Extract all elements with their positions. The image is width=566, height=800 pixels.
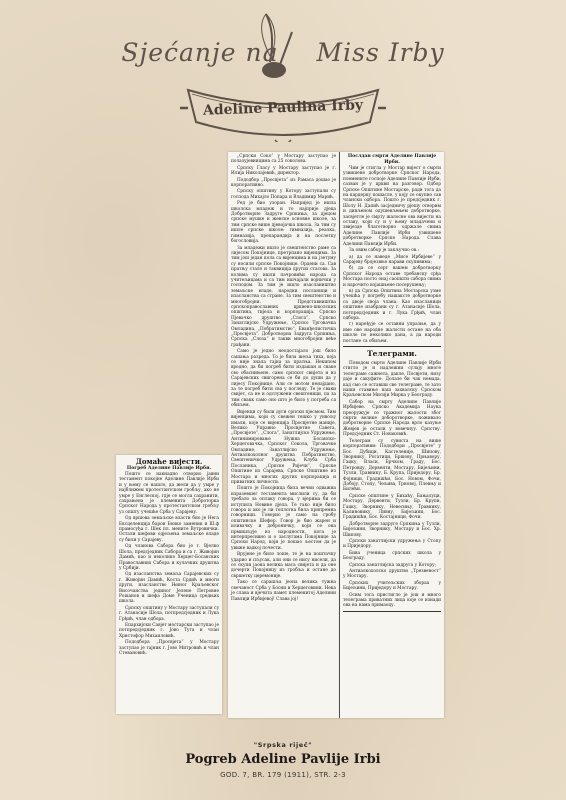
paragraph: Поводом смрти Аделине Павлије Ирби стигл… — [343, 361, 441, 399]
telegrams-heading: Телеграми. — [343, 349, 441, 359]
paragraph: Добротворне задруге Српкиња у Тузли, Биј… — [343, 522, 441, 538]
caption-reference: GOD. 7, BR. 179 (1911), STR. 2-3 — [0, 771, 566, 779]
divider — [343, 346, 441, 347]
paragraph: „Српски Соко“ у Мостару заступао је пола… — [231, 154, 336, 165]
paragraph: в) да Српска Општина Мостарска узме учеш… — [343, 289, 441, 321]
paragraph: Од изасланства земаља Сарајевских су г. … — [119, 572, 219, 604]
paragraph: За овим сабор је закључио ов.: — [343, 248, 441, 253]
paragraph: Српску општину у Мостару заступали су г.… — [119, 606, 219, 622]
paragraph: Од чланова Сабора био је г. Вјелко Шола,… — [119, 544, 219, 571]
paragraph: Бива ученица српских школа у Београду. — [343, 551, 441, 562]
paragraph: Српске општине у Бихаћу, Бањалуци, Моста… — [343, 494, 441, 521]
divider — [343, 611, 441, 612]
paragraph: Сабор на смрту Аделине Павлије Ирбијеве.… — [343, 400, 441, 438]
paragraph: Српских учитељских збораа у Бијељини, Пр… — [343, 581, 441, 592]
paragraph: Српску Гласу у Мостару заступао је г. Ил… — [231, 166, 336, 177]
paragraph: Антиалкохолско друштво „Трезвеност“ у Мо… — [343, 569, 441, 580]
paragraph: Српску општину у Котору заступали су гос… — [231, 189, 336, 200]
paragraph: Пододбор „Просвјета“ из Рамаса дошао је … — [231, 178, 336, 189]
paragraph: Српска занатлијска задруга у Котору; — [343, 563, 441, 568]
paragraph: За младежи ишло је свештенство раме са л… — [231, 246, 336, 349]
paragraph: б) да се серт вашем добротворку Српског … — [343, 266, 441, 288]
memorial-header-emblem: Sjećanje naMiss Irby Adeline Paulina Irb… — [120, 10, 446, 145]
paragraph: г) наређује се оставни упразње, да у име… — [343, 322, 441, 344]
paragraph: Телеграм су сувиста на више корпоративни… — [343, 439, 441, 493]
caption-title: Pogreb Adeline Pavlije Irbi — [0, 752, 566, 767]
script-title-right: Miss Irby — [317, 38, 445, 67]
newspaper-clipping-right: Послдан смрти Аделине Павлије Ирби. Чим … — [340, 152, 444, 718]
paragraph: Пошто се накнадно отворио јавни тестамен… — [119, 472, 219, 515]
paragraph: Пошто је Покојница била вечни одважна из… — [231, 486, 336, 551]
script-title: Sjećanje naMiss Irby — [120, 38, 446, 67]
newspaper-clipping-middle: „Српски Соко“ у Мостару заступао је пола… — [228, 152, 340, 718]
section-heading: Домаће вијести. — [119, 457, 219, 466]
paragraph: Епархијски Савјет мостарски заступао је … — [119, 623, 219, 639]
paragraph: Тако се сарашља јеона велика тужна свеча… — [231, 580, 336, 602]
paragraph: а) да се наведе „Мисе Ирбијеве“ у Сараје… — [343, 255, 441, 266]
paragraph: Од вршова земаљске власти био је Нега Ек… — [119, 516, 219, 543]
newspaper-clipping-left: Домаће вијести. Погреб Аделине Павлије И… — [116, 455, 222, 714]
paragraph: Пододбора „Просвјета“ у Мостару заступао… — [119, 640, 219, 656]
paragraph: Вијенци су били дуги српски пјесмом. Тим… — [231, 410, 336, 486]
paragraph: Ред је био узоран. Напријед је ишла школ… — [231, 201, 336, 244]
paragraph: Осим тога пристигло је још и много телег… — [343, 593, 441, 609]
paragraph: Чим је стигла у Мостар вијест о смрти уз… — [343, 166, 441, 247]
paragraph: Врујене је било лоше, те је на поштачку … — [231, 552, 336, 579]
script-title-left: Sjećanje na — [121, 38, 278, 67]
article-title: Послдан смрти Аделине Павлије Ирби. — [343, 154, 441, 166]
paragraph: Само је једно неодостајало још било саша… — [231, 349, 336, 408]
paragraph: Српски занатлијски удружења у Стопу и Пр… — [343, 539, 441, 550]
caption-source: "Srpska riječ" — [0, 741, 566, 749]
